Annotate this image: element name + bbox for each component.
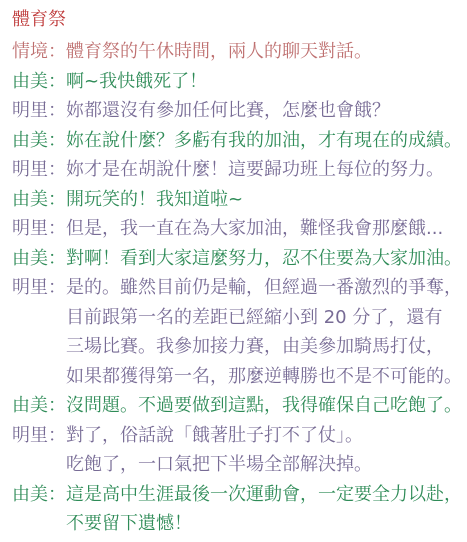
dialogue-turn: 明里：妳才是在胡說什麼！這要歸功班上每位的努力。 [12,155,467,185]
dialogue-turn: 明里：妳都還沒有參加任何比賽，怎麼也會餓？ [12,96,467,126]
dialogue-text: 是的。雖然目前仍是輸，但經過一番激烈的爭奪， [66,277,462,298]
speaker-name: 由美： [12,71,66,92]
situation-label-text: 情境 [12,41,48,62]
situation-text: 體育祭的午休時間，兩人的聊天對話。 [66,41,372,62]
speaker-name: 明里： [12,159,66,180]
dialogue-text: 目前跟第一名的差距已經縮小到 20 分了，還有 [66,307,442,328]
speaker-name: 由美： [12,189,66,210]
dialogue-turn: 由美：開玩笑的！我知道啦~ [12,185,467,215]
dialogue-list: 由美：啊~我快餓死了！明里：妳都還沒有參加任何比賽，怎麼也會餓？由美：妳在說什麼… [12,67,467,539]
dialogue-text: 三場比賽。我參加接力賽，由美參加騎馬打仗， [66,336,444,357]
dialogue-text: 對啊！看到大家這麼努力，忍不住要為大家加油。 [66,248,462,269]
situation-label: 情境： [12,41,66,62]
speaker-name: 明里： [12,100,66,121]
dialogue-text: 對了，俗話說「餓著肚子打不了仗」。 [66,425,363,446]
dialogue-turn: 由美：對啊！看到大家這麼努力，忍不住要為大家加油。 [12,244,467,274]
dialogue-text: 妳都還沒有參加任何比賽，怎麼也會餓？ [66,100,390,121]
dialogue-turn: 由美：妳在說什麼？多虧有我的加油，才有現在的成績。 [12,126,467,156]
dialogue-turn: 由美：沒問題。不過要做到這點，我得確保自己吃飽了。 [12,391,467,421]
dialogue-text: 但是，我一直在為大家加油，難怪我會那麼餓... [66,218,443,239]
script-page: 體育祭 情境：體育祭的午休時間，兩人的聊天對話。 由美：啊~我快餓死了！明里：妳… [0,0,467,539]
dialogue-text: 這是高中生涯最後一次運動會，一定要全力以赴， [66,484,462,505]
dialogue-text: 開玩笑的！我知道啦~ [66,189,243,210]
speaker-name: 明里： [12,277,66,298]
dialogue-text: 妳在說什麼？多虧有我的加油，才有現在的成績。 [66,130,462,151]
dialogue-turn: 明里：但是，我一直在為大家加油，難怪我會那麼餓... [12,214,467,244]
dialogue-turn: 由美：啊~我快餓死了！ [12,67,467,97]
dialogue-text: 吃飽了，一口氣把下半場全部解決掉。 [66,454,372,475]
speaker-name: 由美： [12,248,66,269]
situation-colon: ： [48,41,66,62]
speaker-name: 明里： [12,218,66,239]
dialogue-turn: 明里：是的。雖然目前仍是輸，但經過一番激烈的爭奪，目前跟第一名的差距已經縮小到 … [12,273,467,391]
dialogue-text: 啊~我快餓死了！ [66,71,207,92]
situation-line: 情境：體育祭的午休時間，兩人的聊天對話。 [12,37,467,67]
dialogue-text: 妳才是在胡說什麼！這要歸功班上每位的努力。 [66,159,444,180]
dialogue-text: 如果都獲得第一名，那麼逆轉勝也不是不可能的。 [66,366,462,387]
speaker-name: 由美： [12,130,66,151]
speaker-name: 由美： [12,395,66,416]
dialogue-text: 不要留下遺憾！ [66,513,192,534]
dialogue-text: 沒問題。不過要做到這點，我得確保自己吃飽了。 [66,395,462,416]
speaker-name: 由美： [12,484,66,505]
page-title: 體育祭 [12,5,467,35]
dialogue-turn: 由美：這是高中生涯最後一次運動會，一定要全力以赴，不要留下遺憾！ [12,480,467,539]
speaker-name: 明里： [12,425,66,446]
dialogue-turn: 明里：對了，俗話說「餓著肚子打不了仗」。吃飽了，一口氣把下半場全部解決掉。 [12,421,467,480]
